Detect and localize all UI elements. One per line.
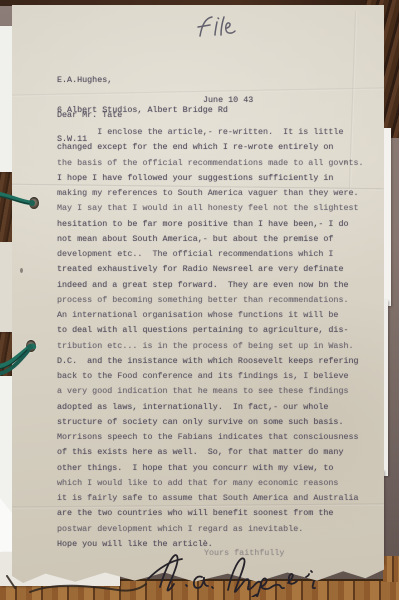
valediction: Yours faithfully [204,548,284,558]
typed-line: An international organisation whose func… [57,308,364,323]
typed-line: which I would like to add that for many … [57,476,364,491]
typed-line: it is fairly safe to assume that South A… [57,491,364,506]
handwritten-file-annotation [190,12,248,42]
typed-line: postwar development which I regard as in… [57,522,364,537]
photo-of-typed-letter: E.A.Hughes, 6 Albert Studios, Albert Bri… [0,0,399,600]
typed-line: D.C. and the insistance with which Roose… [57,354,364,369]
typed-line: treated exhaustively for Radio Newsreel … [57,262,364,277]
typed-line: of this exists here as well. So, for tha… [57,445,364,460]
punched-hole [26,340,36,352]
typed-line: back to the Food conference and its find… [57,369,364,384]
typed-line: tribution etc... is in the process of be… [57,339,364,354]
typed-line: the basis of the official recommendation… [57,156,364,171]
typed-line: I hope I have followed your suggestions … [57,171,364,186]
typed-line: May I say that I would in all honesty fe… [57,201,364,216]
typed-line: not mean about South America,- but about… [57,232,364,247]
punched-hole [29,197,39,209]
typed-line: structure of society can only survive on… [57,415,364,430]
typed-line: making my references to South America va… [57,186,364,201]
letter-date: June 10 43 [203,95,253,105]
typed-line: hesitation to be far more positive than … [57,217,364,232]
typed-line: process of becoming something better tha… [57,293,364,308]
table-wood-bottom-right [383,556,399,582]
ink-speck [20,268,23,273]
typed-line: I enclose the article,- re-written. It i… [57,125,364,140]
typed-line: are the two countries who will benefit s… [57,506,364,521]
typed-line: other things. I hope that you concurr wi… [57,461,364,476]
letter-body: I enclose the article,- re-written. It i… [57,125,364,552]
typed-line: to deal with all questions pertaining to… [57,323,364,338]
typed-line: changed except for the end which I re-wr… [57,140,364,155]
under-page-edge [0,26,13,172]
typed-line: a very good indication that he means to … [57,384,364,399]
sender-name: E.A.Hughes, [57,76,228,86]
typed-line: Morrisons speech to the Fabians indicate… [57,430,364,445]
typed-line: adopted as laws, internationally. In fac… [57,400,364,415]
salutation: Dear Mr. Tate [57,110,122,120]
typed-line: indeed and a great step forward. They ar… [57,278,364,293]
typed-line: development etc.. The official recommend… [57,247,364,262]
letter-page: E.A.Hughes, 6 Albert Studios, Albert Bri… [12,5,384,590]
